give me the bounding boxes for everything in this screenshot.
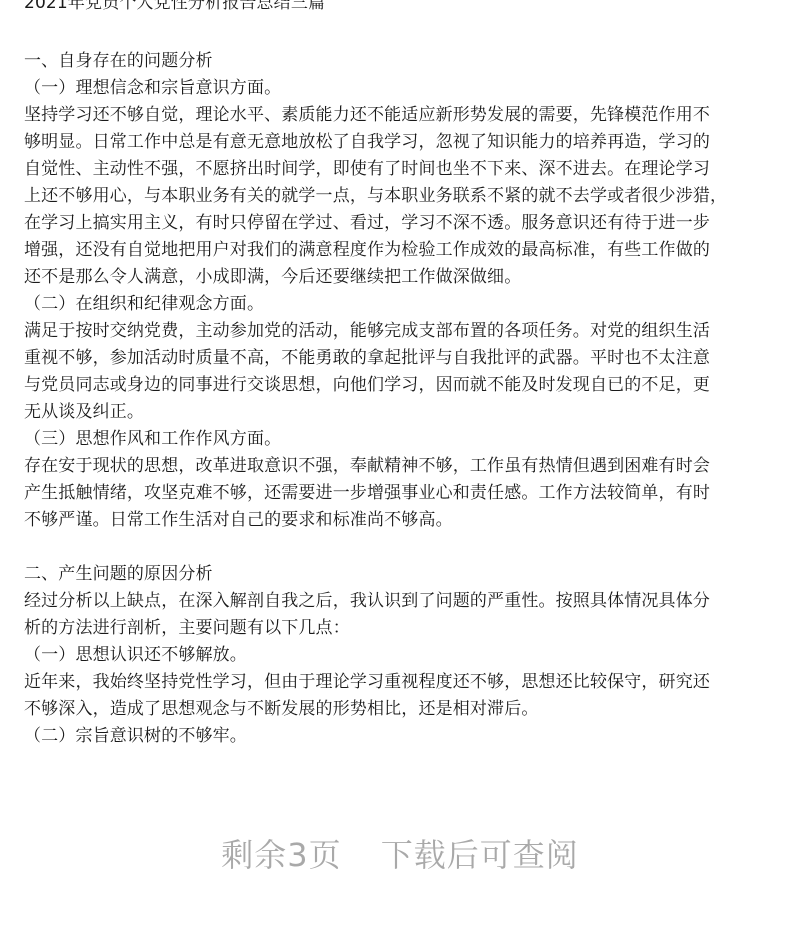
- text-line: 在学习上搞实用主义，有时只停留在学过、看过，学习不深不透。服务意识还有待于进一步: [24, 210, 784, 237]
- text-line: 近年来，我始终坚持党性学习，但由于理论学习重视程度还不够，思想还比较保守，研究还: [24, 669, 784, 696]
- remaining-pages-label: 剩余3页: [221, 836, 341, 874]
- text-line: 自觉性、主动性不强，不愿挤出时间学，即使有了时间也坐不下来、深不进去。在理论学习: [24, 156, 784, 183]
- document-title: 2021年党员个人党性分析报告总结三篇: [24, 0, 784, 17]
- text-line: （三）思想作风和工作作风方面。: [24, 426, 784, 453]
- text-line: （二）宗旨意识树的不够牢。: [24, 723, 784, 750]
- text-line: （二）在组织和纪律观念方面。: [24, 291, 784, 318]
- download-prompt[interactable]: 剩余3页 下载后可查阅: [0, 830, 800, 876]
- document-page: 2021年党员个人党性分析报告总结三篇 一、自身存在的问题分析（一）理想信念和宗…: [0, 0, 800, 930]
- text-line: （一）理想信念和宗旨意识方面。: [24, 75, 784, 102]
- download-to-view-label: 下载后可查阅: [381, 836, 579, 874]
- text-line: 无从谈及纠正。: [24, 399, 784, 426]
- text-line: 不够严谨。日常工作生活对自己的要求和标准尚不够高。: [24, 507, 784, 534]
- text-line: 满足于按时交纳党费，主动参加党的活动，能够完成支部布置的各项任务。对党的组织生活: [24, 318, 784, 345]
- text-line: 还不是那么令人满意，小成即满，今后还要继续把工作做深做细。: [24, 264, 784, 291]
- text-line: 够明显。日常工作中总是有意无意地放松了自我学习，忽视了知识能力的培养再造，学习的: [24, 129, 784, 156]
- text-line: 增强，还没有自觉地把用户对我们的满意程度作为检验工作成效的最高标准，有些工作做的: [24, 237, 784, 264]
- text-line: 存在安于现状的思想，改革进取意识不强，奉献精神不够，工作虽有热情但遇到困难有时会: [24, 453, 784, 480]
- text-line: 一、自身存在的问题分析: [24, 48, 784, 75]
- text-line: 不够深入，造成了思想观念与不断发展的形势相比，还是相对滞后。: [24, 696, 784, 723]
- text-line: 坚持学习还不够自觉，理论水平、素质能力还不能适应新形势发展的需要，先锋模范作用不: [24, 102, 784, 129]
- text-line: 上还不够用心，与本职业务有关的就学一点，与本职业务联系不紧的就不去学或者很少涉猎…: [24, 183, 784, 210]
- text-line: （一）思想认识还不够解放。: [24, 642, 784, 669]
- text-line: 析的方法进行剖析，主要问题有以下几点：: [24, 615, 784, 642]
- text-line: 二、产生问题的原因分析: [24, 561, 784, 588]
- text-line: 产生抵触情绪，攻坚克难不够，还需要进一步增强事业心和责任感。工作方法较简单，有时: [24, 480, 784, 507]
- text-line: 与党员同志或身边的同事进行交谈思想，向他们学习，因而就不能及时发现自已的不足，更: [24, 372, 784, 399]
- text-line: 重视不够，参加活动时质量不高，不能勇敢的拿起批评与自我批评的武器。平时也不太注意: [24, 345, 784, 372]
- text-line: 经过分析以上缺点，在深入解剖自我之后，我认识到了问题的严重性。按照具体情况具体分: [24, 588, 784, 615]
